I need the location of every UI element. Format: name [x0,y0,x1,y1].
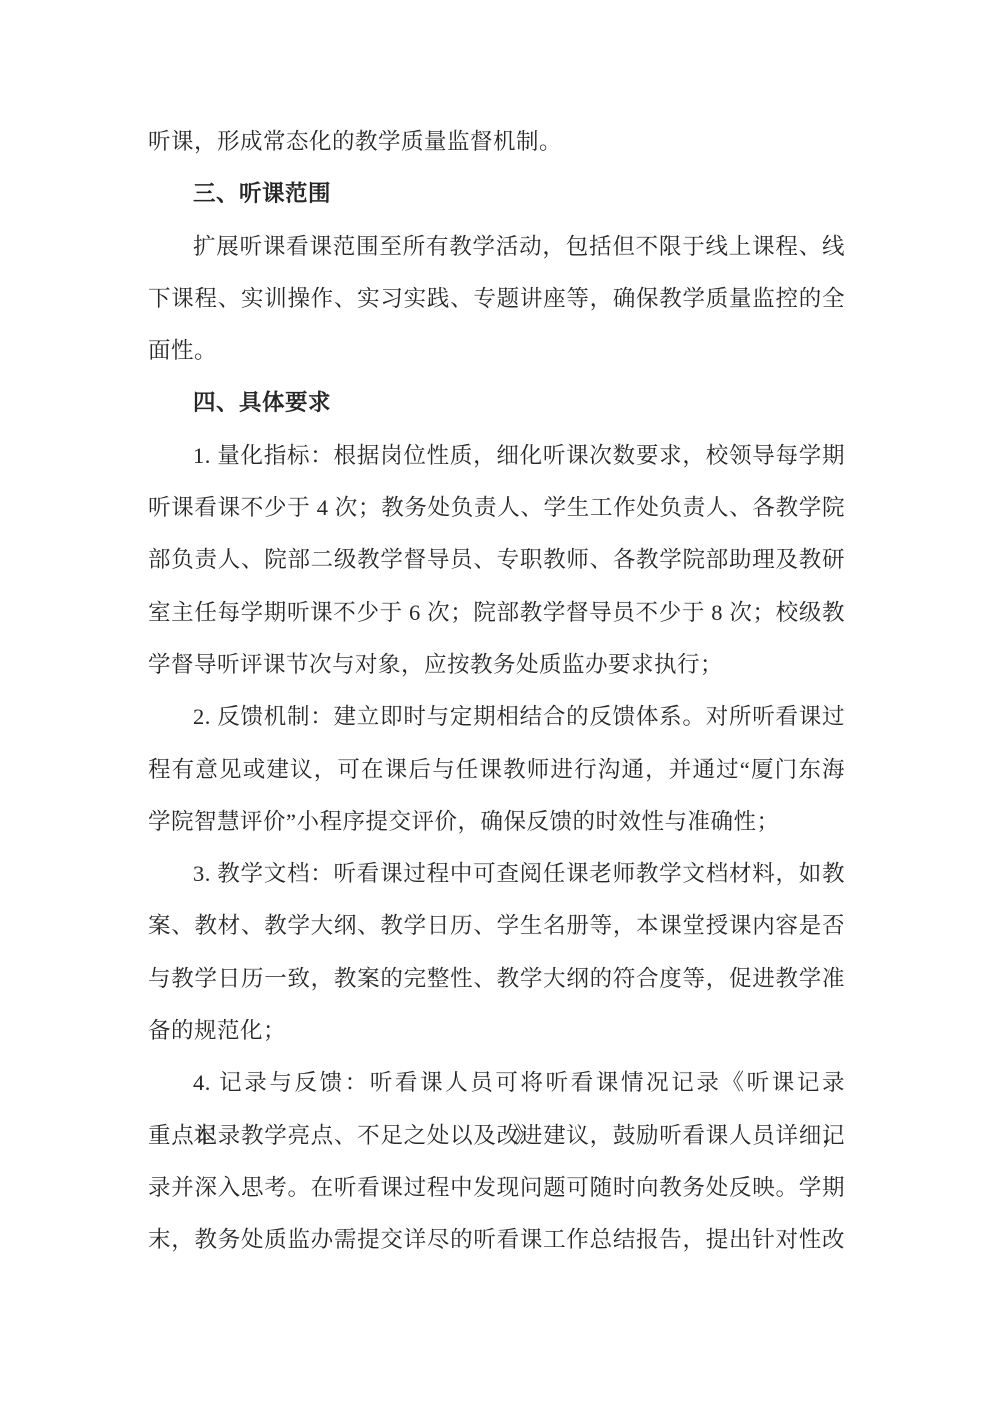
text-line: 2. 反馈机制：建立即时与定期相结合的反馈体系。对所听看课过 [148,691,845,743]
document-page: 听课，形成常态化的教学质量监督机制。三、听课范围扩展听课看课范围至所有教学活动，… [0,0,992,1403]
section-heading: 四、具体要求 [148,377,845,429]
text-line: 部负责人、院部二级教学督导员、专职教师、各教学院部助理及教研 [148,534,845,586]
text-line: 学院智慧评价”小程序提交评价，确保反馈的时效性与准确性； [148,796,845,848]
text-line: 面性。 [148,325,845,377]
text-line: 下课程、实训操作、实习实践、专题讲座等，确保教学质量监控的全 [148,273,845,325]
section-heading: 三、听课范围 [148,168,845,220]
text-line: 听课看课不少于 4 次；教务处负责人、学生工作处负责人、各教学院 [148,482,845,534]
text-line: 室主任每学期听课不少于 6 次；院部教学督导员不少于 8 次；校级教 [148,587,845,639]
text-line: 1. 量化指标：根据岗位性质，细化听课次数要求，校领导每学期 [148,430,845,482]
document-page-content: 听课，形成常态化的教学质量监督机制。三、听课范围扩展听课看课范围至所有教学活动，… [148,116,845,1267]
text-line: 3. 教学文档：听看课过程中可查阅任课老师教学文档材料，如教 [148,848,845,900]
text-line: 案、教材、教学大纲、教学日历、学生名册等，本课堂授课内容是否 [148,900,845,952]
text-line: 学督导听评课节次与对象，应按教务处质监办要求执行； [148,639,845,691]
text-line: 录并深入思考。在听看课过程中发现问题可随时向教务处反映。学期 [148,1162,845,1214]
text-line: 程有意见或建议，可在课后与任课教师进行沟通，并通过“厦门东海 [148,744,845,796]
text-line: 与教学日历一致，教案的完整性、教学大纲的符合度等，促进教学准 [148,953,845,1005]
text-line: 4. 记录与反馈：听看课人员可将听看课情况记录《听课记录本》， [148,1057,845,1109]
text-line: 末，教务处质监办需提交详尽的听看课工作总结报告，提出针对性改 [148,1214,845,1266]
text-line: 扩展听课看课范围至所有教学活动，包括但不限于线上课程、线 [148,221,845,273]
text-line: 备的规范化； [148,1005,845,1057]
text-line: 听课，形成常态化的教学质量监督机制。 [148,116,845,168]
text-line: 重点记录教学亮点、不足之处以及改进建议，鼓励听看课人员详细记 [148,1110,845,1162]
